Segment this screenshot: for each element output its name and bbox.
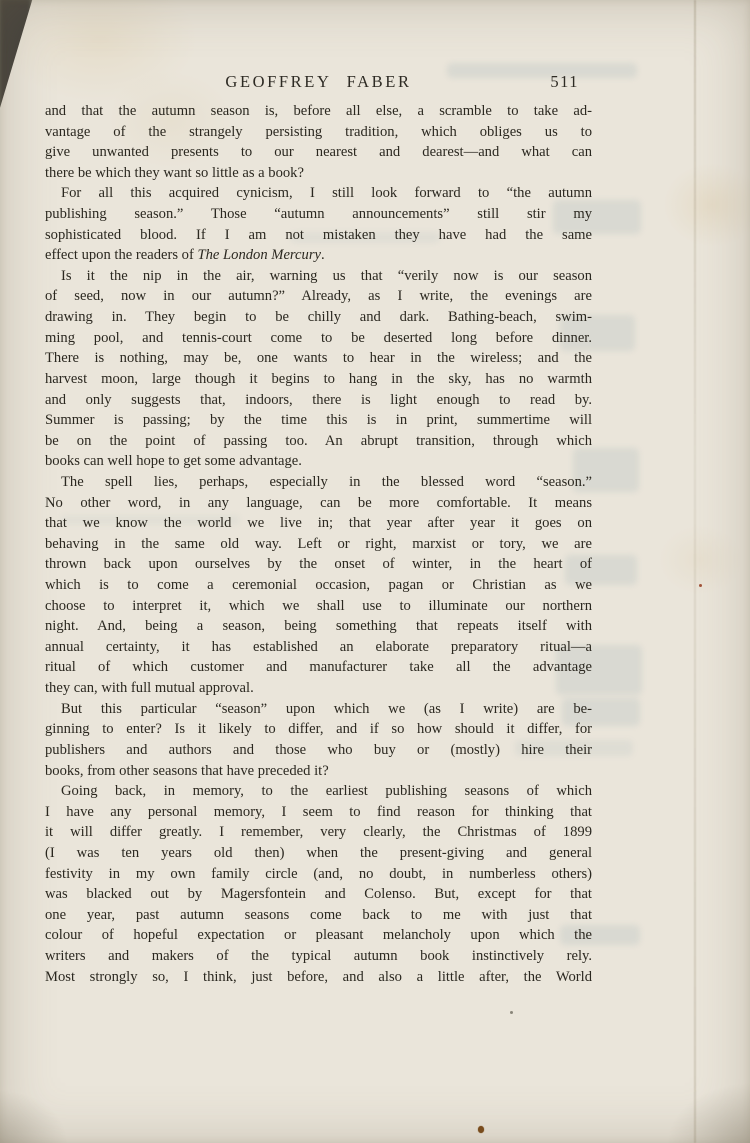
- speck-artifact: [478, 1126, 484, 1133]
- text-line: Summer is passing; by the time this is i…: [45, 410, 592, 431]
- text-line: night. And, being a season, being someth…: [45, 616, 592, 637]
- running-head: GEOFFREY FABER 511: [45, 72, 592, 91]
- italic-text: The London Mercury: [198, 247, 322, 263]
- text-line: behaving in the same old way. Left or ri…: [45, 534, 592, 555]
- running-title: GEOFFREY FABER: [45, 72, 592, 91]
- text-line: ritual of which customer and manufacture…: [45, 657, 592, 678]
- text-line: ming pool, and tennis-court come to be d…: [45, 328, 592, 349]
- text-line: choose to interpret it, which we shall u…: [45, 596, 592, 617]
- text-line: harvest moon, large though it begins to …: [45, 369, 592, 390]
- speck-artifact: [699, 584, 702, 587]
- text-line: No other word, in any language, can be m…: [45, 493, 592, 514]
- text-line: drawing in. They begin to be chilly and …: [45, 307, 592, 328]
- text-line: sophisticated blood. If I am not mistake…: [45, 225, 592, 246]
- text-line: effect upon the readers of The London Me…: [45, 245, 592, 266]
- text-line: which is to come a ceremonial occasion, …: [45, 575, 592, 596]
- text-line: be on the point of passing too. An abrup…: [45, 431, 592, 452]
- text-line: of seed, now in our autumn?” Already, as…: [45, 286, 592, 307]
- text-line: that we know the world we live in; that …: [45, 513, 592, 534]
- text-line: one year, past autumn seasons come back …: [45, 905, 592, 926]
- text-line: Most strongly so, I think, just before, …: [45, 967, 592, 988]
- speck-artifact: [510, 1011, 513, 1014]
- text-line: give unwanted presents to our nearest an…: [45, 142, 592, 163]
- text-line: annual certainty, it has established an …: [45, 637, 592, 658]
- text-line: Is it the nip in the air, warning us tha…: [45, 266, 592, 287]
- scan-corner-artifact: [0, 0, 34, 116]
- text-block: GEOFFREY FABER 511 and that the autumn s…: [45, 72, 592, 987]
- text-line: it will differ greatly. I remember, very…: [45, 822, 592, 843]
- text-line: The spell lies, perhaps, especially in t…: [45, 472, 592, 493]
- text-line: was blacked out by Magersfontein and Col…: [45, 884, 592, 905]
- text-line: ginning to enter? Is it likely to differ…: [45, 719, 592, 740]
- text-line: they can, with full mutual approval.: [45, 678, 592, 699]
- text-line: But this particular “season” upon which …: [45, 699, 592, 720]
- text-line: there be which they want so little as a …: [45, 163, 592, 184]
- corner-shadow-artifact: [0, 1073, 90, 1143]
- text-line: vantage of the strangely persisting trad…: [45, 122, 592, 143]
- text-line: writers and makers of the typical autumn…: [45, 946, 592, 967]
- text-line: and only suggests that, indoors, there i…: [45, 390, 592, 411]
- text-line: books can well hope to get some advantag…: [45, 451, 592, 472]
- page-edge-artifact: [694, 0, 696, 1143]
- text-line: and that the autumn season is, before al…: [45, 101, 592, 122]
- text-line: books, from other seasons that have prec…: [45, 761, 592, 782]
- page-number: 511: [550, 72, 579, 91]
- text-line: I have any personal memory, I seem to fi…: [45, 802, 592, 823]
- text-line: thrown back upon ourselves by the onset …: [45, 554, 592, 575]
- book-page: GEOFFREY FABER 511 and that the autumn s…: [0, 0, 750, 1143]
- corner-shadow-artifact: [640, 1063, 750, 1143]
- page-body: and that the autumn season is, before al…: [45, 101, 592, 987]
- text-line: publishers and authors and those who buy…: [45, 740, 592, 761]
- text-line: There is nothing, may be, one wants to h…: [45, 348, 592, 369]
- text-line: colour of hopeful expectation or pleasan…: [45, 925, 592, 946]
- text-line: (I was ten years old then) when the pres…: [45, 843, 592, 864]
- text-line: publishing season.” Those “autumn announ…: [45, 204, 592, 225]
- text-line: festivity in my own family circle (and, …: [45, 864, 592, 885]
- text-line: For all this acquired cynicism, I still …: [45, 183, 592, 204]
- text-line: Going back, in memory, to the earliest p…: [45, 781, 592, 802]
